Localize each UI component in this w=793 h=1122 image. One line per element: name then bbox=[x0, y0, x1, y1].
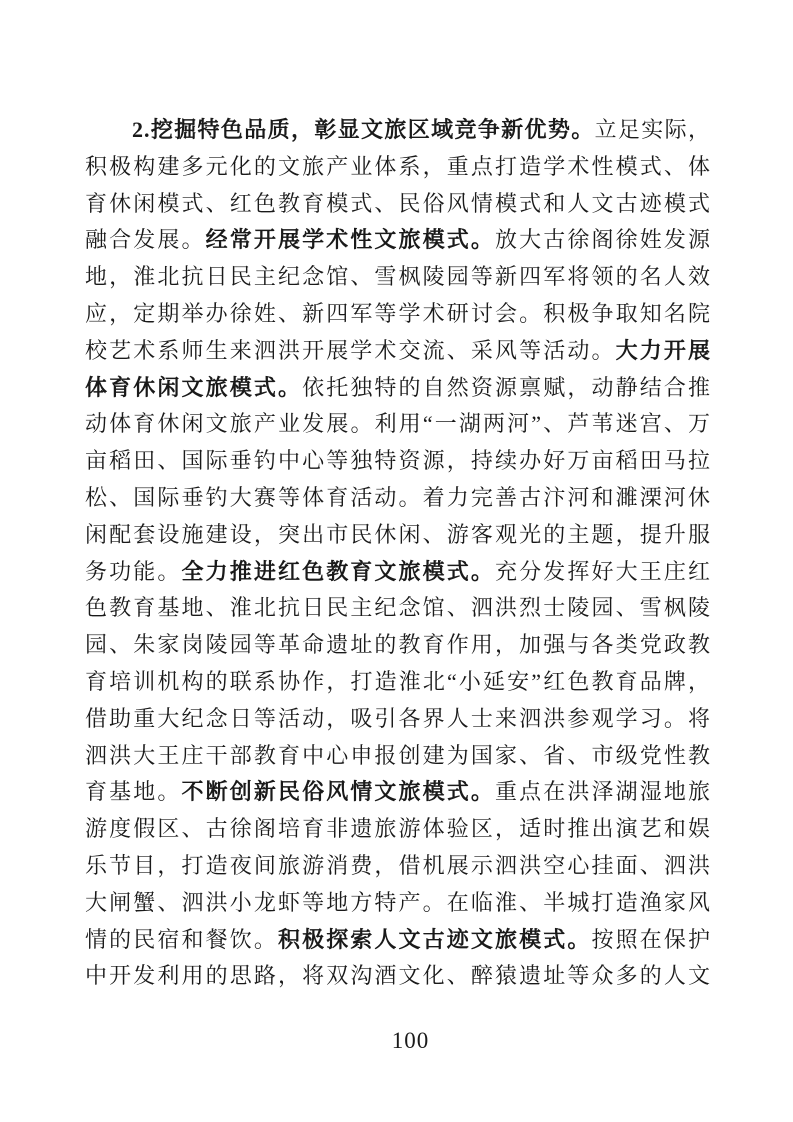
body-text: 乐节目，打造夜间旅游消费，借机展示泗洪空心挂面、泗洪 bbox=[85, 853, 711, 878]
body-text: 校艺术系师生来泗洪开展学术交流、采风等活动。 bbox=[85, 338, 616, 363]
document-line: 体育休闲文旅模式。依托独特的自然资源禀赋，动静结合推 bbox=[85, 370, 711, 407]
emphasis-text: 经常开展学术性文旅模式。 bbox=[206, 227, 495, 252]
page-number: 100 bbox=[392, 1028, 430, 1054]
body-text: 园、朱家岗陵园等革命遗址的教育作用，加强与各类党政教 bbox=[85, 632, 711, 657]
document-line: 园、朱家岗陵园等革命遗址的教育作用，加强与各类党政教 bbox=[85, 627, 711, 664]
document-line: 亩稻田、国际垂钓中心等独特资源，持续办好万亩稻田马拉 bbox=[85, 443, 711, 480]
document-line: 情的民宿和餐饮。积极探索人文古迹文旅模式。按照在保护 bbox=[85, 922, 711, 959]
body-text: 充分发挥好大王庄红 bbox=[495, 559, 711, 584]
body-text: 放大古徐阁徐姓发源 bbox=[495, 227, 711, 252]
body-text: 动体育休闲文旅产业发展。利用“一湖两河”、芦苇迷宫、万 bbox=[85, 411, 711, 436]
body-text: 融合发展。 bbox=[85, 227, 206, 252]
emphasis-text: 不断创新民俗风情文旅模式。 bbox=[181, 779, 495, 804]
body-text: 育培训机构的联系协作，打造淮北“小延安”红色教育品牌， bbox=[85, 669, 711, 694]
document-line: 2.挖掘特色品质，彰显文旅区域竞争新优势。立足实际， bbox=[85, 112, 711, 149]
document-line: 大闸蟹、泗洪小龙虾等地方特产。在临淮、半城打造渔家风 bbox=[85, 885, 711, 922]
body-text: 育休闲模式、红色教育模式、民俗风情模式和人文古迹模式 bbox=[85, 191, 711, 216]
body-text: 积极构建多元化的文旅产业体系，重点打造学术性模式、体 bbox=[85, 154, 711, 179]
body-text: 情的民宿和餐饮。 bbox=[85, 927, 278, 952]
body-text: 应，定期举办徐姓、新四军等学术研讨会。积极争取知名院 bbox=[85, 301, 711, 326]
document-line: 应，定期举办徐姓、新四军等学术研讨会。积极争取知名院 bbox=[85, 296, 711, 333]
emphasis-text: 2.挖掘特色品质，彰显文旅区域竞争新优势。 bbox=[132, 117, 595, 142]
document-line: 游度假区、古徐阁培育非遗旅游体验区，适时推出演艺和娱 bbox=[85, 811, 711, 848]
document-line: 泗洪大王庄干部教育中心申报创建为国家、省、市级党性教 bbox=[85, 738, 711, 775]
document-page: 2.挖掘特色品质，彰显文旅区域竞争新优势。立足实际，积极构建多元化的文旅产业体系… bbox=[0, 0, 793, 1122]
body-text: 立足实际， bbox=[595, 117, 711, 142]
body-text: 依托独特的自然资源禀赋，动静结合推 bbox=[302, 375, 711, 400]
document-line: 乐节目，打造夜间旅游消费，借机展示泗洪空心挂面、泗洪 bbox=[85, 848, 711, 885]
body-text: 亩稻田、国际垂钓中心等独特资源，持续办好万亩稻田马拉 bbox=[85, 448, 711, 473]
document-line: 务功能。全力推进红色教育文旅模式。充分发挥好大王庄红 bbox=[85, 554, 711, 591]
document-body: 2.挖掘特色品质，彰显文旅区域竞争新优势。立足实际，积极构建多元化的文旅产业体系… bbox=[85, 112, 711, 995]
emphasis-text: 体育休闲文旅模式。 bbox=[85, 375, 302, 400]
page-footer: 100 bbox=[0, 1028, 793, 1054]
document-line: 动体育休闲文旅产业发展。利用“一湖两河”、芦苇迷宫、万 bbox=[85, 406, 711, 443]
body-text: 大闸蟹、泗洪小龙虾等地方特产。在临淮、半城打造渔家风 bbox=[85, 890, 711, 915]
emphasis-text: 全力推进红色教育文旅模式。 bbox=[181, 559, 495, 584]
document-line: 育培训机构的联系协作，打造淮北“小延安”红色教育品牌， bbox=[85, 664, 711, 701]
document-line: 校艺术系师生来泗洪开展学术交流、采风等活动。大力开展 bbox=[85, 333, 711, 370]
document-line: 色教育基地、淮北抗日民主纪念馆、泗洪烈士陵园、雪枫陵 bbox=[85, 590, 711, 627]
body-text: 游度假区、古徐阁培育非遗旅游体验区，适时推出演艺和娱 bbox=[85, 816, 711, 841]
body-text: 借助重大纪念日等活动，吸引各界人士来泗洪参观学习。将 bbox=[85, 706, 711, 731]
body-text: 重点在洪泽湖湿地旅 bbox=[495, 779, 711, 804]
document-line: 融合发展。经常开展学术性文旅模式。放大古徐阁徐姓发源 bbox=[85, 222, 711, 259]
emphasis-text: 大力开展 bbox=[616, 338, 711, 363]
document-line: 积极构建多元化的文旅产业体系，重点打造学术性模式、体 bbox=[85, 149, 711, 186]
document-line: 闲配套设施建设，突出市民休闲、游客观光的主题，提升服 bbox=[85, 517, 711, 554]
body-text: 中开发利用的思路，将双沟酒文化、醉猿遗址等众多的人文 bbox=[85, 963, 711, 988]
document-line: 中开发利用的思路，将双沟酒文化、醉猿遗址等众多的人文 bbox=[85, 958, 711, 995]
document-line: 松、国际垂钓大赛等体育活动。着力完善古汴河和濉溧河休 bbox=[85, 480, 711, 517]
body-text: 闲配套设施建设，突出市民休闲、游客观光的主题，提升服 bbox=[85, 522, 711, 547]
document-line: 育休闲模式、红色教育模式、民俗风情模式和人文古迹模式 bbox=[85, 186, 711, 223]
body-text: 按照在保护 bbox=[592, 927, 711, 952]
body-text: 地，淮北抗日民主纪念馆、雪枫陵园等新四军将领的名人效 bbox=[85, 264, 711, 289]
body-text: 育基地。 bbox=[85, 779, 181, 804]
body-text: 色教育基地、淮北抗日民主纪念馆、泗洪烈士陵园、雪枫陵 bbox=[85, 595, 711, 620]
document-line: 育基地。不断创新民俗风情文旅模式。重点在洪泽湖湿地旅 bbox=[85, 774, 711, 811]
document-line: 借助重大纪念日等活动，吸引各界人士来泗洪参观学习。将 bbox=[85, 701, 711, 738]
document-line: 地，淮北抗日民主纪念馆、雪枫陵园等新四军将领的名人效 bbox=[85, 259, 711, 296]
emphasis-text: 积极探索人文古迹文旅模式。 bbox=[278, 927, 592, 952]
body-text: 泗洪大王庄干部教育中心申报创建为国家、省、市级党性教 bbox=[85, 743, 711, 768]
body-text: 务功能。 bbox=[85, 559, 181, 584]
body-text: 松、国际垂钓大赛等体育活动。着力完善古汴河和濉溧河休 bbox=[85, 485, 711, 510]
